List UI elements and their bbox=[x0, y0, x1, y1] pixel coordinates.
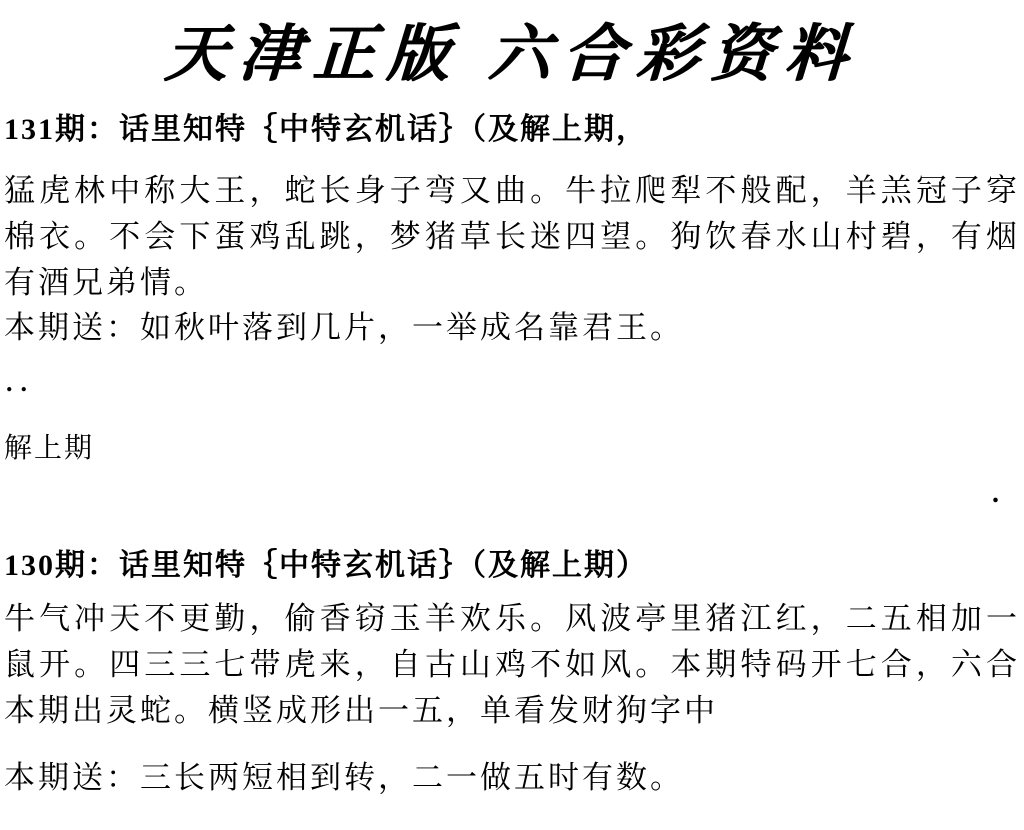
section-131-solve-label: 解上期 bbox=[4, 426, 94, 466]
section-131-heading: 131期：话里知特｛中特玄机话｝（及解上期， bbox=[4, 104, 1020, 148]
section-131-dots-line: .. bbox=[6, 368, 35, 398]
section-130-body: 牛气冲天不更勤，偷香窃玉羊欢乐。风波亭里猪江红，二五相加一鼠开。四三三七带虎来，… bbox=[4, 596, 1020, 734]
section-130-gift-line: 本期送：三长两短相到转，二一做五时有数。 bbox=[4, 752, 1020, 797]
section-131-gift-line: 本期送：如秋叶落到几片，一举成名靠君王。 bbox=[4, 302, 1020, 347]
stray-period: . bbox=[992, 478, 999, 510]
page-title: 天津正版 六合彩资料 bbox=[0, 4, 1024, 93]
section-130-heading: 130期：话里知特｛中特玄机话｝（及解上期） bbox=[4, 540, 1020, 584]
section-131-body: 猛虎林中称大王，蛇长身子弯又曲。牛拉爬犁不般配，羊羔冠子穿棉衣。不会下蛋鸡乱跳，… bbox=[4, 168, 1020, 306]
